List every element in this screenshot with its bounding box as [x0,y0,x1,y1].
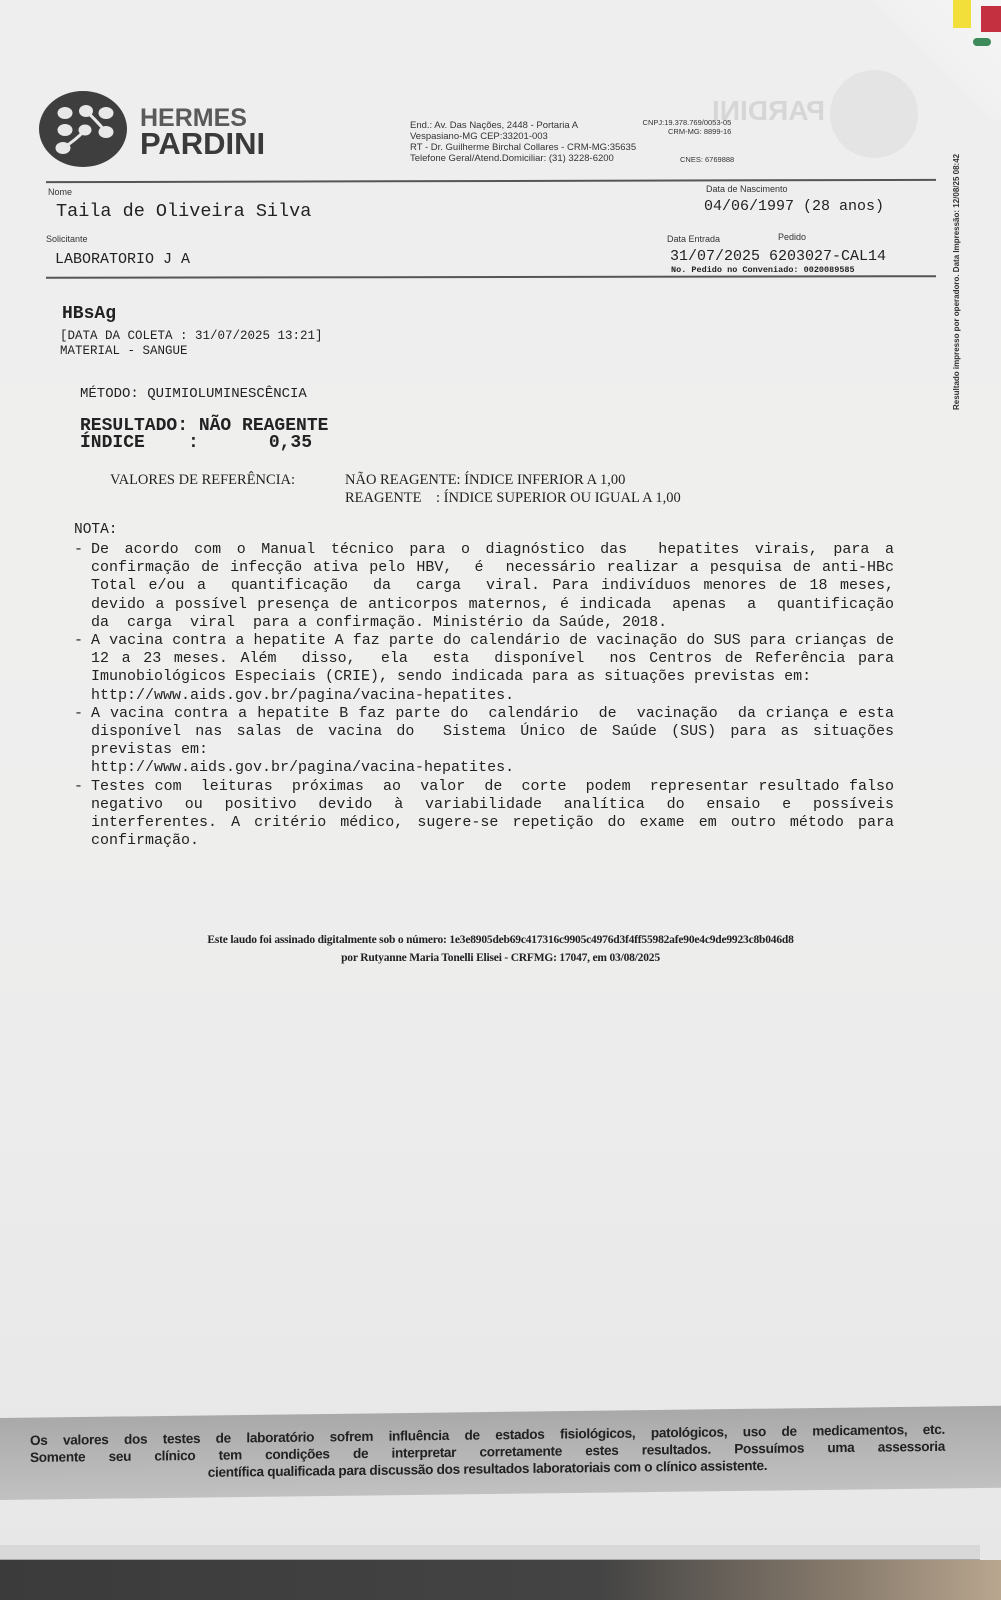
lab-registration: CNPJ:19.378.769/0053-05 CRM-MG: 8899-16 [638,118,731,136]
desk-surface [0,1560,1001,1600]
signer-line: por Rutyanne Maria Tonelli Elisei - CRFM… [0,952,1001,964]
page-edge [0,1545,980,1560]
reference-line: NÃO REAGENTE: ÍNDICE INFERIOR A 1,00 [345,472,625,489]
sticker-yellow [953,0,971,28]
brand-name-line2: PARDINI [140,126,265,162]
collection-date: [DATA DA COLETA : 31/07/2025 13:21] [60,329,323,343]
note-text: A vacina contra a hepatite A faz parte d… [91,632,894,705]
lab-address: End.: Av. Das Nações, 2448 - Portaria A … [410,120,636,164]
patient-name: Taila de Oliveira Silva [56,201,311,222]
note-item: -A vacina contra a hepatite A faz parte … [74,632,894,705]
order-label: Pedido [778,232,806,242]
note-item: -Testes com leituras próximas ao valor d… [74,778,894,851]
reference-line: REAGENTE : ÍNDICE SUPERIOR OU IGUAL A 1,… [345,490,681,507]
note-text: De acordo com o Manual técnico para o di… [91,541,894,632]
notes-heading: NOTA: [74,522,118,538]
address-line: RT - Dr. Guilherme Birchal Collares - CR… [410,142,636,153]
entry-date-and-order: 31/07/2025 6203027-CAL14 [670,248,886,265]
digital-signature-line: Este laudo foi assinado digitalmente sob… [0,934,1001,946]
watermark-logo [830,70,918,158]
reference-label: VALORES DE REFERÊNCIA: [110,472,295,489]
material: MATERIAL - SANGUE [60,344,188,358]
result-block: RESULTADO: NÃO REAGENTE ÍNDICE :0,35 [80,418,328,452]
note-text: A vacina contra a hepatite B faz parte d… [91,705,894,778]
note-text: Testes com leituras próximas ao valor de… [91,778,894,851]
address-line: Vespasiano-MG CEP:33201-003 [410,131,636,142]
notes-list: -De acordo com o Manual técnico para o d… [74,541,894,850]
cnes: CNES: 6769888 [680,155,734,164]
index-row: ÍNDICE :0,35 [80,435,328,452]
lab-report-page: PARDINI HERMES PARDINI End.: Av. Das Naç… [0,0,1001,1560]
sticker-green [973,38,991,46]
note-item: -De acordo com o Manual técnico para o d… [74,541,894,632]
birth-date: 04/06/1997 (28 anos) [704,198,884,215]
method: MÉTODO: QUIMIOLUMINESCÊNCIA [80,386,307,402]
requester: LABORATORIO J A [55,251,190,268]
index-value: 0,35 [199,433,312,453]
divider [46,179,936,183]
birth-date-label: Data de Nascimento [706,184,788,194]
requester-label: Solicitante [46,234,88,244]
entry-date-label: Data Entrada [667,234,720,244]
sticker-red [981,6,1001,32]
divider [46,275,936,278]
index-label: ÍNDICE : [80,433,199,453]
print-info-note: Resultado impresso por operadoro. Data I… [952,154,961,410]
name-label: Nome [48,187,72,197]
exam-title: HBsAg [62,304,116,324]
note-item: -A vacina contra a hepatite B faz parte … [74,705,894,778]
address-line: End.: Av. Das Nações, 2448 - Portaria A [410,120,636,131]
hermes-pardini-logo-icon [38,90,128,168]
address-line: Telefone Geral/Atend.Domiciliar: (31) 32… [410,153,636,164]
cnpj: CNPJ:19.378.769/0053-05 [638,118,731,127]
partner-order-number: No. Pedido no Conveniado: 0020089585 [671,265,855,275]
crm: CRM-MG: 8899-16 [638,127,731,136]
